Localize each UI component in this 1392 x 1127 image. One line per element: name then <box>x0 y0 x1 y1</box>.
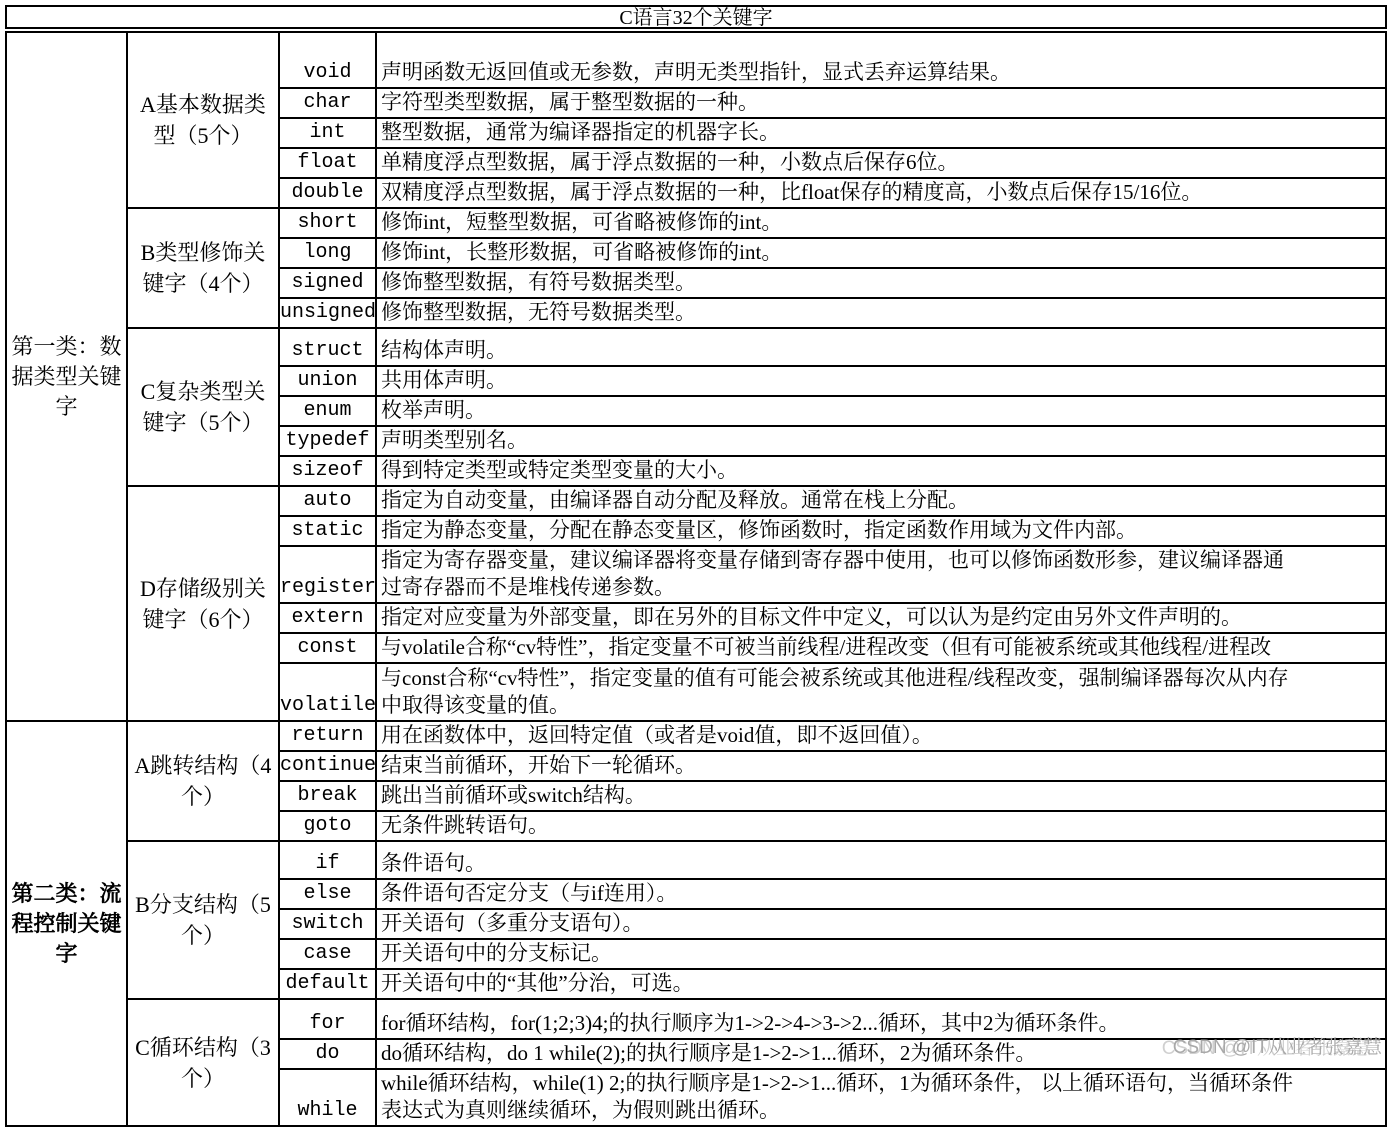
description-cell: 跳出当前循环或switch结构。 <box>376 781 1386 811</box>
description-cell: 修饰int，长整形数据，可省略被修饰的int。 <box>376 238 1386 268</box>
group-cell: D存储级别关 键字（6个） <box>127 486 279 721</box>
keyword-cell: continue <box>279 751 376 781</box>
keyword-cell: unsigned <box>279 298 376 328</box>
description-cell: do循环结构，do 1 while(2);的执行顺序是1->2->1...循环，… <box>376 1039 1386 1069</box>
description-cell: for循环结构，for(1;2;3)4;的执行顺序为1->2->4->3->2.… <box>376 999 1386 1039</box>
table-row: D存储级别关 键字（6个）auto指定为自动变量，由编译器自动分配及释放。通常在… <box>6 486 1386 516</box>
description-cell: 开关语句中的分支标记。 <box>376 939 1386 969</box>
description-cell: 条件语句。 <box>376 841 1386 879</box>
description-cell: 与volatile合称“cv特性”，指定变量不可被当前线程/进程改变（但有可能被… <box>376 633 1386 663</box>
keyword-cell: while <box>279 1069 376 1126</box>
keyword-cell: goto <box>279 811 376 841</box>
description-cell: 结构体声明。 <box>376 328 1386 366</box>
description-cell: 用在函数体中，返回特定值（或者是void值，即不返回值）。 <box>376 721 1386 751</box>
description-cell: 枚举声明。 <box>376 396 1386 426</box>
description-cell: 指定为静态变量，分配在静态变量区，修饰函数时，指定函数作用域为文件内部。 <box>376 516 1386 546</box>
description-cell: 修饰int，短整型数据，可省略被修饰的int。 <box>376 208 1386 238</box>
keywords-table: 第一类：数 据类型关键 字A基本数据类 型（5个）void声明函数无返回值或无参… <box>5 31 1387 1127</box>
description-cell: 修饰整型数据，无符号数据类型。 <box>376 298 1386 328</box>
keyword-cell: volatile <box>279 663 376 721</box>
page-title: C语言32个关键字 <box>5 5 1387 29</box>
group-cell: C循环结构（3 个） <box>127 999 279 1126</box>
keyword-cell: void <box>279 32 376 88</box>
description-cell: 指定对应变量为外部变量，即在另外的目标文件中定义，可以认为是约定由另外文件声明的… <box>376 603 1386 633</box>
description-cell: 整型数据，通常为编译器指定的机器字长。 <box>376 118 1386 148</box>
keyword-cell: double <box>279 178 376 208</box>
keyword-cell: default <box>279 969 376 999</box>
table-row: 第一类：数 据类型关键 字A基本数据类 型（5个）void声明函数无返回值或无参… <box>6 32 1386 88</box>
description-cell: 结束当前循环，开始下一轮循环。 <box>376 751 1386 781</box>
keyword-cell: extern <box>279 603 376 633</box>
keyword-cell: register <box>279 546 376 603</box>
keyword-cell: if <box>279 841 376 879</box>
description-cell: 修饰整型数据，有符号数据类型。 <box>376 268 1386 298</box>
keyword-cell: short <box>279 208 376 238</box>
keyword-cell: auto <box>279 486 376 516</box>
category-cell: 第二类：流 程控制关键 字 <box>6 721 127 1126</box>
keyword-cell: break <box>279 781 376 811</box>
table-row: B类型修饰关 键字（4个）short修饰int，短整型数据，可省略被修饰的int… <box>6 208 1386 238</box>
description-cell: 共用体声明。 <box>376 366 1386 396</box>
keyword-cell: union <box>279 366 376 396</box>
description-cell: 指定为自动变量，由编译器自动分配及释放。通常在栈上分配。 <box>376 486 1386 516</box>
keyword-cell: float <box>279 148 376 178</box>
description-cell: 指定为寄存器变量，建议编译器将变量存储到寄存器中使用，也可以修饰函数形参，建议编… <box>376 546 1386 603</box>
description-cell: 字符型类型数据，属于整型数据的一种。 <box>376 88 1386 118</box>
description-cell: 无条件跳转语句。 <box>376 811 1386 841</box>
group-cell: C复杂类型关 键字（5个） <box>127 328 279 486</box>
keyword-cell: long <box>279 238 376 268</box>
group-cell: B分支结构（5 个） <box>127 841 279 999</box>
keyword-cell: else <box>279 879 376 909</box>
description-cell: 开关语句中的“其他”分治，可选。 <box>376 969 1386 999</box>
keyword-cell: typedef <box>279 426 376 456</box>
description-cell: while循环结构，while(1) 2;的执行顺序是1->2->1...循环，… <box>376 1069 1386 1126</box>
group-cell: A基本数据类 型（5个） <box>127 32 279 208</box>
group-cell: B类型修饰关 键字（4个） <box>127 208 279 328</box>
keyword-cell: sizeof <box>279 456 376 486</box>
description-cell: 声明类型别名。 <box>376 426 1386 456</box>
description-cell: 条件语句否定分支（与if连用）。 <box>376 879 1386 909</box>
description-cell: 双精度浮点型数据，属于浮点数据的一种，比float保存的精度高，小数点后保存15… <box>376 178 1386 208</box>
keyword-cell: struct <box>279 328 376 366</box>
keyword-cell: return <box>279 721 376 751</box>
description-cell: 开关语句（多重分支语句）。 <box>376 909 1386 939</box>
keyword-cell: const <box>279 633 376 663</box>
keyword-cell: int <box>279 118 376 148</box>
category-cell: 第一类：数 据类型关键 字 <box>6 32 127 721</box>
keyword-cell: for <box>279 999 376 1039</box>
description-cell: 与const合称“cv特性”，指定变量的值有可能会被系统或其他进程/线程改变，强… <box>376 663 1386 721</box>
table-row: 第二类：流 程控制关键 字A跳转结构（4 个）return用在函数体中，返回特定… <box>6 721 1386 751</box>
keyword-cell: do <box>279 1039 376 1069</box>
table-row: C复杂类型关 键字（5个）struct结构体声明。 <box>6 328 1386 366</box>
keyword-cell: static <box>279 516 376 546</box>
keyword-cell: char <box>279 88 376 118</box>
description-cell: 单精度浮点型数据，属于浮点数据的一种，小数点后保存6位。 <box>376 148 1386 178</box>
description-cell: 得到特定类型或特定类型变量的大小。 <box>376 456 1386 486</box>
table-row: B分支结构（5 个）if条件语句。 <box>6 841 1386 879</box>
keyword-cell: enum <box>279 396 376 426</box>
description-cell: 声明函数无返回值或无参数，声明无类型指针，显式丢弃运算结果。 <box>376 32 1386 88</box>
group-cell: A跳转结构（4 个） <box>127 721 279 841</box>
keywords-table-body: 第一类：数 据类型关键 字A基本数据类 型（5个）void声明函数无返回值或无参… <box>6 32 1386 1126</box>
table-row: C循环结构（3 个）forfor循环结构，for(1;2;3)4;的执行顺序为1… <box>6 999 1386 1039</box>
keyword-cell: signed <box>279 268 376 298</box>
keyword-cell: case <box>279 939 376 969</box>
keyword-cell: switch <box>279 909 376 939</box>
